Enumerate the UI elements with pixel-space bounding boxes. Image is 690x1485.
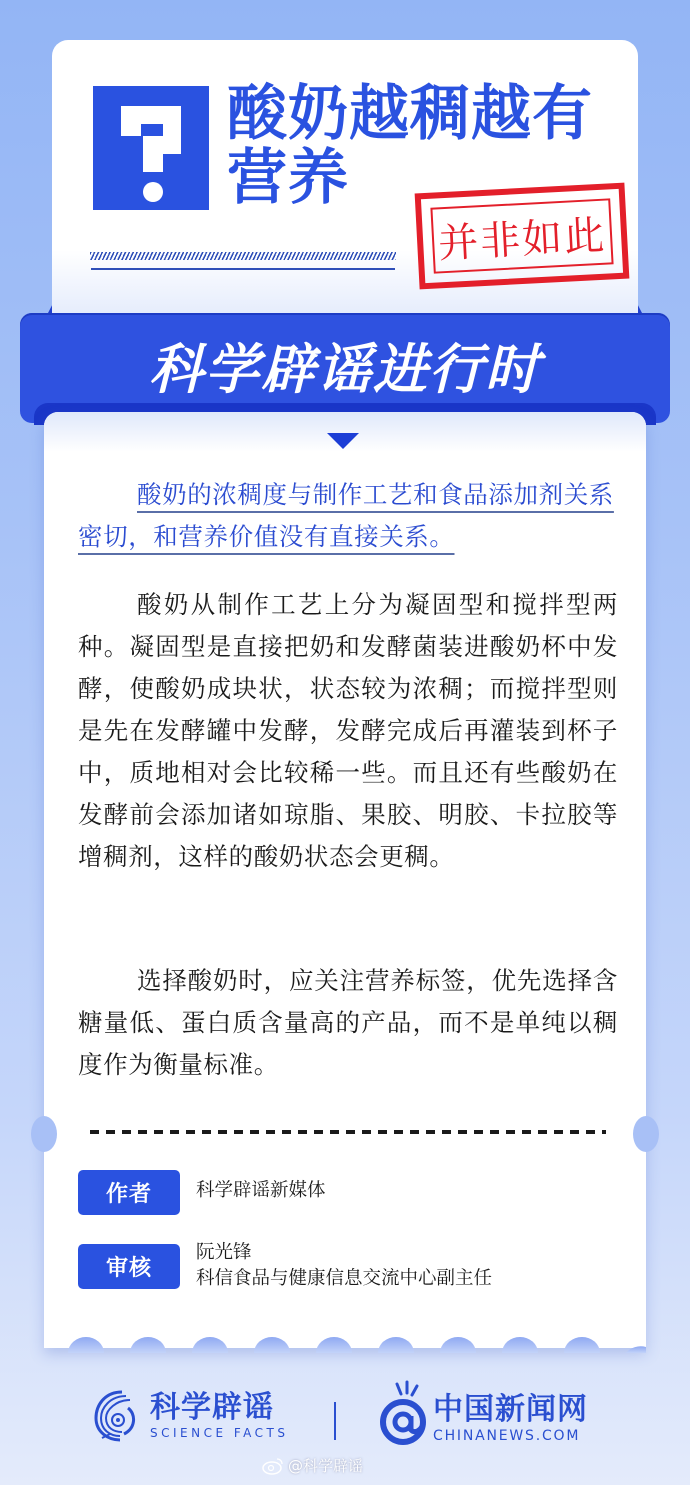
science-facts-cn: 科学辟谣	[150, 1391, 289, 1425]
stamp-inner-frame: 并非如此	[430, 198, 613, 273]
banner-title: 科学辟谣进行时	[20, 313, 670, 403]
science-facts-logo: 科学辟谣 SCIENCE FACTS	[92, 1388, 289, 1444]
underline-decoration	[91, 268, 395, 270]
scalloped-edge	[44, 1333, 646, 1353]
ticket-notch-right	[633, 1116, 659, 1152]
footer: 科学辟谣 SCIENCE FACTS 中国新闻网 CHINANEWS.COM @…	[0, 1380, 690, 1485]
author-tag: 作者	[78, 1170, 180, 1215]
weibo-icon	[262, 1457, 284, 1475]
body-paragraph-2: 选择酸奶时，应关注营养标签，优先选择含糖量低、蛋白质含量高的产品，而不是单纯以稠…	[78, 960, 618, 1086]
chinanews-logo: 中国新闻网 CHINANEWS.COM	[375, 1380, 588, 1446]
verdict-stamp: 并非如此	[415, 183, 630, 290]
reviewer-info: 阮光锋 科信食品与健康信息交流中心副主任	[196, 1240, 492, 1292]
chinanews-cn: 中国新闻网	[433, 1381, 588, 1427]
science-facts-en: SCIENCE FACTS	[150, 1425, 289, 1441]
body-paragraph-1: 酸奶从制作工艺上分为凝固型和搅拌型两种。凝固型是直接把奶和发酵菌装进酸奶杯中发酵…	[78, 584, 618, 878]
hatch-decoration	[90, 252, 396, 260]
chinanews-en: CHINANEWS.COM	[433, 1427, 588, 1445]
author-row: 作者 科学辟谣新媒体	[78, 1170, 326, 1215]
dashed-divider	[90, 1130, 606, 1134]
science-facts-emblem-icon	[92, 1388, 144, 1444]
author-value: 科学辟谣新媒体	[196, 1170, 326, 1204]
weibo-handle: @科学辟谣	[288, 1455, 363, 1476]
article-card: 酸奶的浓稠度与制作工艺和食品添加剂关系密切，和营养价值没有直接关系。 酸奶从制作…	[44, 412, 646, 1348]
question-mark-icon	[93, 86, 209, 210]
reviewer-name: 阮光锋	[196, 1240, 492, 1266]
headline-card: 酸奶越稠越有 营养 并非如此	[52, 40, 638, 340]
logo-divider	[334, 1402, 336, 1440]
lead-summary: 酸奶的浓稠度与制作工艺和食品添加剂关系密切，和营养价值没有直接关系。	[78, 474, 618, 558]
at-sign-icon	[375, 1380, 431, 1446]
reviewer-title: 科信食品与健康信息交流中心副主任	[196, 1266, 492, 1292]
stamp-text: 并非如此	[437, 203, 608, 269]
reviewer-row: 审核 阮光锋 科信食品与健康信息交流中心副主任	[78, 1244, 492, 1292]
headline-line-1: 酸奶越稠越有	[227, 82, 617, 146]
weibo-watermark: @科学辟谣	[262, 1455, 363, 1476]
ticket-notch-left	[31, 1116, 57, 1152]
reviewer-tag: 审核	[78, 1244, 180, 1289]
down-triangle-icon	[327, 433, 359, 449]
lead-text: 酸奶的浓稠度与制作工艺和食品添加剂关系密切，和营养价值没有直接关系。	[78, 480, 614, 551]
